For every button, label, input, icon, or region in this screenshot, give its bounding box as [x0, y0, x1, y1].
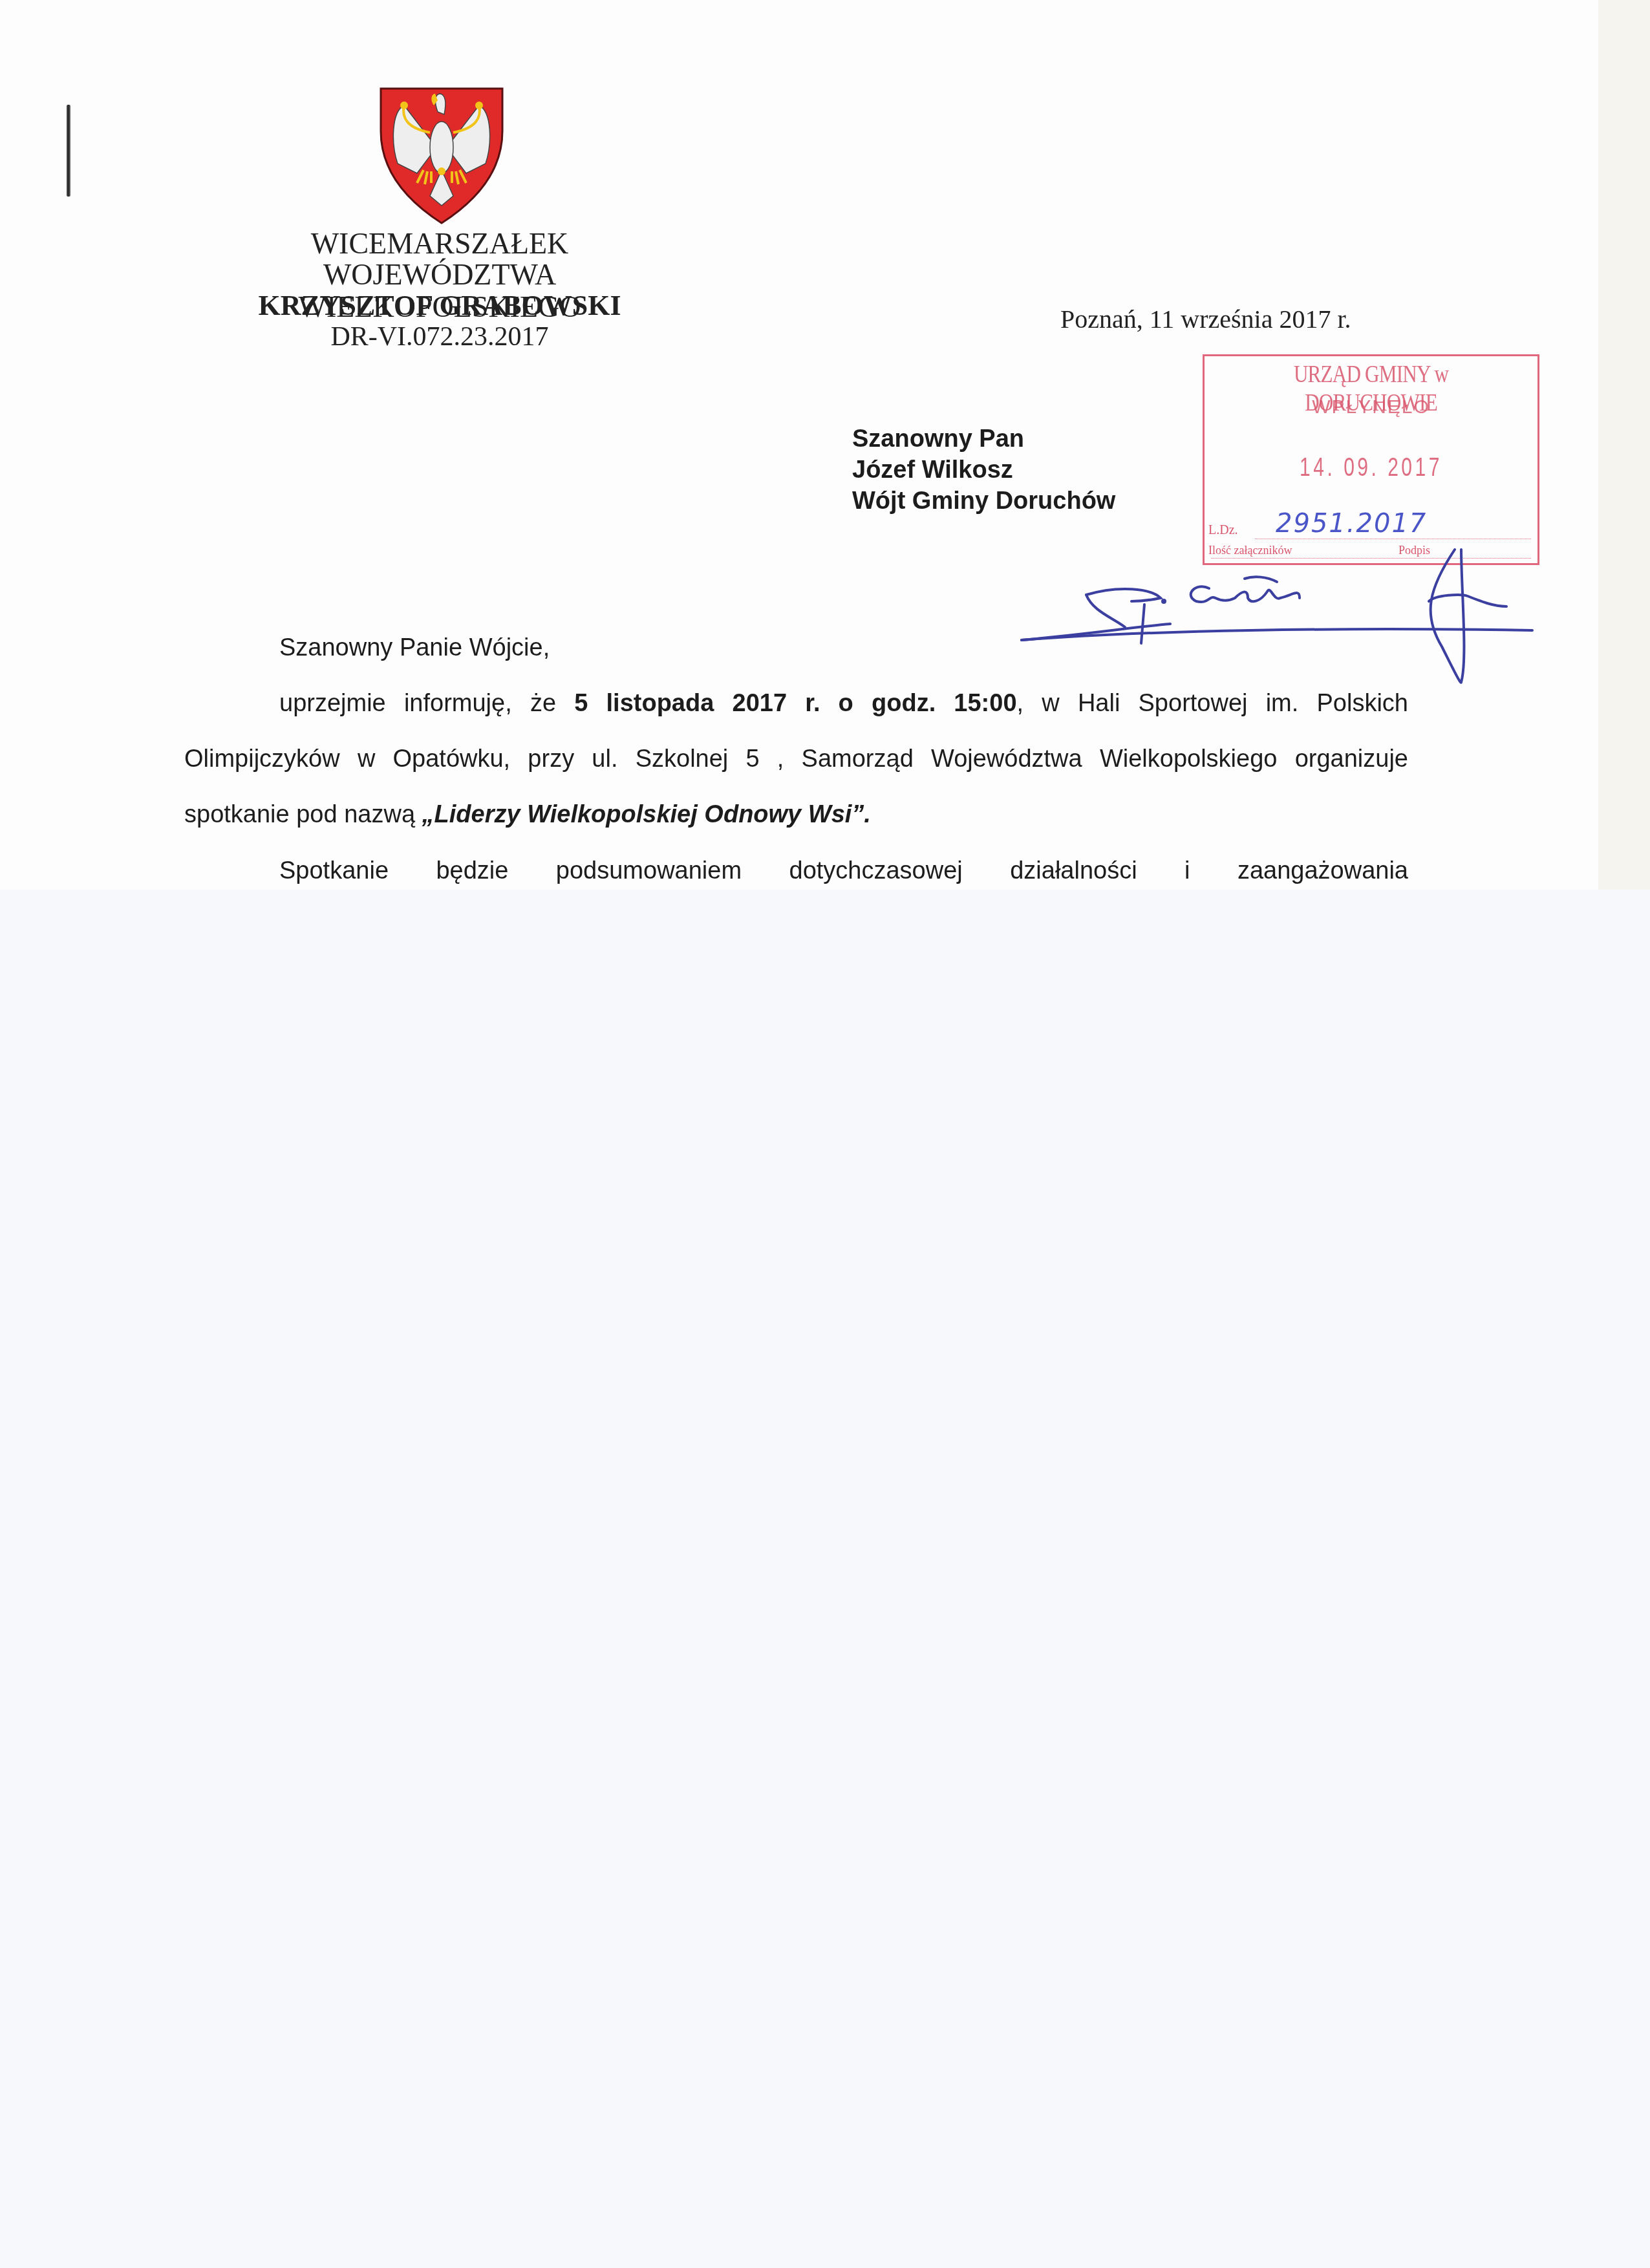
paragraph1-line1: uprzejmie informuję, że 5 listopada 2017… [279, 689, 1408, 718]
paragraph2-line1: Spotkanie będzie podsumowaniem dotychcza… [279, 857, 1408, 885]
event-date-time: 5 listopada 2017 r. o godz. 15:00 [574, 690, 1016, 717]
stamp-ldz-label: L.Dz. [1208, 523, 1238, 538]
stamp-received-date: 14. 09. 2017 [1246, 453, 1495, 482]
page-edge-strip [1598, 0, 1650, 890]
addressee-line2: Józef Wilkosz [852, 455, 1013, 486]
coat-of-arms-icon [378, 86, 505, 225]
paragraph1-line2: Olimpijczyków w Opatówku, przy ul. Szkol… [184, 745, 1408, 773]
handwritten-signature [1015, 537, 1558, 692]
paragraph1-text: , w Hali Sportowej im. Polskich [1017, 690, 1408, 717]
addressee-line3: Wójt Gminy Doruchów [852, 486, 1115, 517]
salutation: Szanowny Panie Wójcie, [279, 634, 550, 662]
header-title-line1: WICEMARSZAŁEK [181, 228, 698, 260]
event-name: „Liderzy Wielkopolskiej Odnowy Wsi”. [422, 801, 871, 828]
paragraph1-line3: spotkanie pod nazwą „Liderzy Wielkopolsk… [184, 800, 871, 829]
paragraph1-text: spotkanie pod nazwą [184, 801, 422, 828]
staple-mark [67, 105, 70, 197]
date-line: Poznań, 11 września 2017 r. [1060, 304, 1351, 334]
paragraph1-text: uprzejmie informuję, że [279, 690, 574, 717]
sender-name: KRZYSZTOF GRABOWSKI [181, 290, 698, 322]
registry-stamp: URZĄD GMINY w DORUCHOWIE WPŁYNĘŁO 14. 09… [1203, 354, 1539, 565]
reference-number: DR-VI.072.23.2017 [181, 321, 698, 353]
addressee-line1: Szanowny Pan [852, 423, 1024, 455]
stamp-ldz-value: 2951.2017 [1276, 509, 1427, 539]
stamp-status: WPŁYNĘŁO [1205, 396, 1537, 418]
